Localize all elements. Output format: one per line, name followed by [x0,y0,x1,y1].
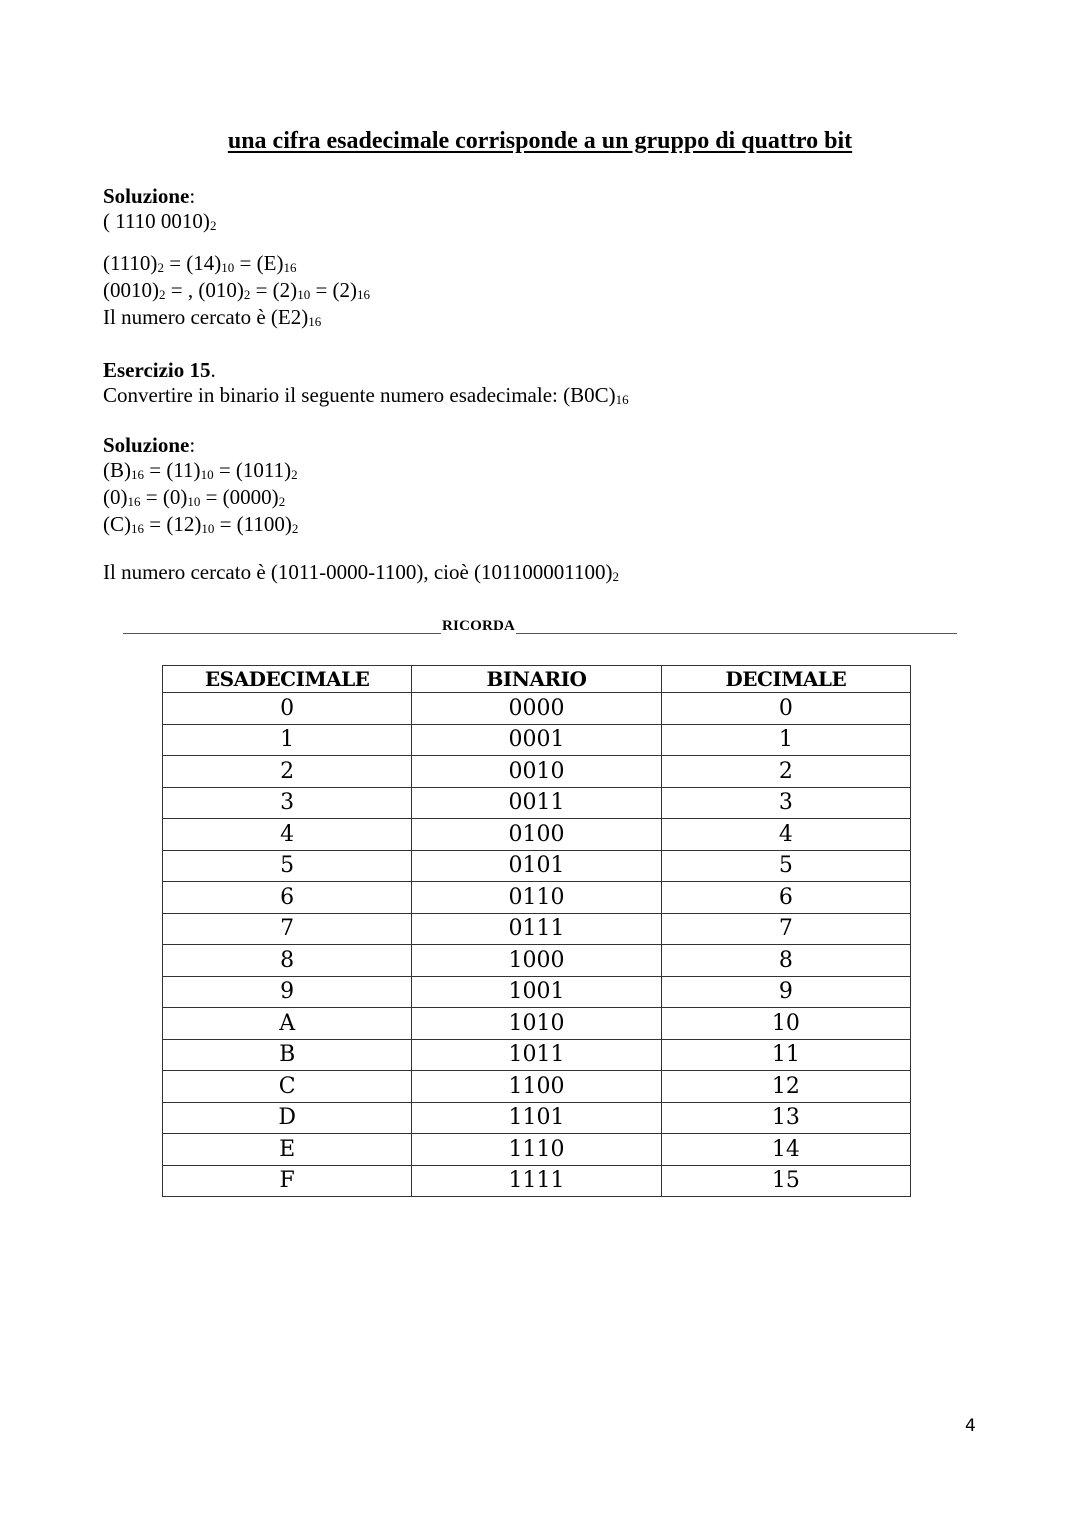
cell-binary: 0101 [412,850,661,882]
cell-hex: 2 [163,756,412,788]
table-row: B101111 [163,1039,911,1071]
cell-hex: 7 [163,913,412,945]
base-subscript: 2 [612,569,619,584]
cell-binary: 0010 [412,756,661,788]
solution-1-colon: : [189,184,195,208]
base-subscript: 2 [159,287,166,302]
base-subscript: 16 [131,521,144,536]
table-row: D110113 [163,1102,911,1134]
table-row: 401004 [163,819,911,851]
base-subscript: 16 [357,287,370,302]
cell-binary: 1110 [412,1134,661,1166]
cell-binary: 1100 [412,1071,661,1103]
base-subscript: 2 [244,287,251,302]
table-row: A101010 [163,1008,911,1040]
step-text: (B) [103,458,131,482]
base-subscript: 2 [291,467,298,482]
cell-decimal: 6 [661,882,910,914]
cell-decimal: 12 [661,1071,910,1103]
divider-line-right [516,619,957,634]
step-text: = (2) [310,278,357,302]
cell-decimal: 1 [661,724,910,756]
cell-binary: 1101 [412,1102,661,1134]
cell-decimal: 13 [661,1102,910,1134]
step-text: (0) [103,485,128,509]
conversion-step: (C)16 = (12)10 = (1100)2 [103,512,298,539]
solution-1-number: ( 1110 0010)2 [103,209,216,236]
table-row: C110012 [163,1071,911,1103]
cell-decimal: 15 [661,1165,910,1197]
base-subscript: 16 [131,467,144,482]
cell-decimal: 4 [661,819,910,851]
header-hex: ESADECIMALE [163,666,412,693]
conversion-step: (0010)2 = , (010)2 = (2)10 = (2)16 [103,278,370,305]
cell-binary: 0111 [412,913,661,945]
exercise-15-prompt: Convertire in binario il seguente numero… [103,383,629,410]
cell-decimal: 10 [661,1008,910,1040]
exercise-15-heading: Esercizio 15. [103,358,629,383]
cell-hex: 0 [163,693,412,725]
base-subscript: 10 [201,521,214,536]
cell-decimal: 3 [661,787,910,819]
base-subscript: 2 [157,260,164,275]
cell-decimal: 8 [661,945,910,977]
solution-2-label: Soluzione [103,433,189,457]
step-text: = (14) [164,251,221,275]
table-row: 100011 [163,724,911,756]
step-text: = , (010) [166,278,244,302]
cell-hex: 1 [163,724,412,756]
cell-hex: 9 [163,976,412,1008]
solution-2-result-line: Il numero cercato è (1011-0000-1100), ci… [103,560,619,587]
step-text: = (1100) [214,512,292,536]
table-row: 601106 [163,882,911,914]
solution-2-label-line: Soluzione: [103,433,298,458]
cell-binary: 1010 [412,1008,661,1040]
base-subscript: 2 [279,494,286,509]
step-text: = (0000) [200,485,278,509]
table-row: F111115 [163,1165,911,1197]
solution-2-result-text: Il numero cercato è (1011-0000-1100), ci… [103,560,612,584]
conversion-step: (0)16 = (0)10 = (0000)2 [103,485,298,512]
divider-line-left [123,619,441,634]
table-row: 701117 [163,913,911,945]
step-text: = (2) [250,278,297,302]
cell-decimal: 7 [661,913,910,945]
solution-1-steps: (1110)2 = (14)10 = (E)16(0010)2 = , (010… [103,251,370,332]
exercise-15: Esercizio 15. Convertire in binario il s… [103,358,629,410]
exercise-15-label: Esercizio 15 [103,358,211,382]
base-subscript: 2 [292,521,299,536]
table-row: 300113 [163,787,911,819]
cell-hex: C [163,1071,412,1103]
cell-binary: 1000 [412,945,661,977]
cell-hex: 3 [163,787,412,819]
header-binary: BINARIO [412,666,661,693]
exercise-15-prompt-text: Convertire in binario il seguente numero… [103,383,616,407]
solution-1-label-line: Soluzione: [103,184,216,209]
step-text: Il numero cercato è (E2) [103,305,308,329]
base-subscript: 10 [187,494,200,509]
base-subscript: 2 [210,218,217,233]
step-text: (C) [103,512,131,536]
page-number: 4 [965,1416,976,1436]
cell-binary: 0000 [412,693,661,725]
cell-binary: 0100 [412,819,661,851]
step-text: = (0) [141,485,188,509]
solution-2-colon: : [189,433,195,457]
cell-hex: E [163,1134,412,1166]
header-decimal: DECIMALE [661,666,910,693]
cell-binary: 0110 [412,882,661,914]
cell-hex: 5 [163,850,412,882]
solution-1-label: Soluzione [103,184,189,208]
step-text: (0010) [103,278,159,302]
table-row: 000000 [163,693,911,725]
table-row: 200102 [163,756,911,788]
hex-binary-decimal-table: ESADECIMALE BINARIO DECIMALE 00000010001… [162,665,911,1197]
table-row: 910019 [163,976,911,1008]
solution-1: Soluzione: ( 1110 0010)2 [103,184,216,236]
table-row: 501015 [163,850,911,882]
base-subscript: 16 [308,314,321,329]
cell-hex: B [163,1039,412,1071]
binary-number: ( 1110 0010) [103,209,210,233]
cell-hex: 6 [163,882,412,914]
ricorda-divider: RICORDA [123,618,957,634]
table-header-row: ESADECIMALE BINARIO DECIMALE [163,666,911,693]
conversion-step: (B)16 = (11)10 = (1011)2 [103,458,298,485]
cell-hex: F [163,1165,412,1197]
cell-decimal: 2 [661,756,910,788]
conversion-step: (1110)2 = (14)10 = (E)16 [103,251,370,278]
cell-hex: A [163,1008,412,1040]
exercise-15-dot: . [211,358,216,382]
page-heading: una cifra esadecimale corrisponde a un g… [0,128,1080,155]
step-text: = (11) [144,458,201,482]
step-text: = (12) [144,512,201,536]
solution-2-steps: (B)16 = (11)10 = (1011)2(0)16 = (0)10 = … [103,458,298,539]
base-subscript: 16 [128,494,141,509]
step-text: = (E) [234,251,283,275]
cell-binary: 0011 [412,787,661,819]
cell-decimal: 14 [661,1134,910,1166]
cell-hex: 4 [163,819,412,851]
table-body: 0000001000112001023001134010045010156011… [163,693,911,1197]
cell-decimal: 0 [661,693,910,725]
cell-decimal: 9 [661,976,910,1008]
table-row: 810008 [163,945,911,977]
solution-2-result: Il numero cercato è (1011-0000-1100), ci… [103,560,619,587]
cell-hex: D [163,1102,412,1134]
step-text: = (1011) [214,458,292,482]
cell-hex: 8 [163,945,412,977]
conversion-step: Il numero cercato è (E2)16 [103,305,370,332]
base-subscript: 10 [297,287,310,302]
solution-2: Soluzione: (B)16 = (11)10 = (1011)2(0)16… [103,433,298,539]
table-row: E111014 [163,1134,911,1166]
cell-decimal: 5 [661,850,910,882]
base-subscript: 16 [283,260,296,275]
cell-binary: 1011 [412,1039,661,1071]
cell-binary: 1111 [412,1165,661,1197]
cell-decimal: 11 [661,1039,910,1071]
base-subscript: 10 [221,260,234,275]
base-subscript: 16 [616,392,629,407]
ricorda-label: RICORDA [441,618,516,634]
cell-binary: 1001 [412,976,661,1008]
step-text: (1110) [103,251,157,275]
base-subscript: 10 [201,467,214,482]
cell-binary: 0001 [412,724,661,756]
